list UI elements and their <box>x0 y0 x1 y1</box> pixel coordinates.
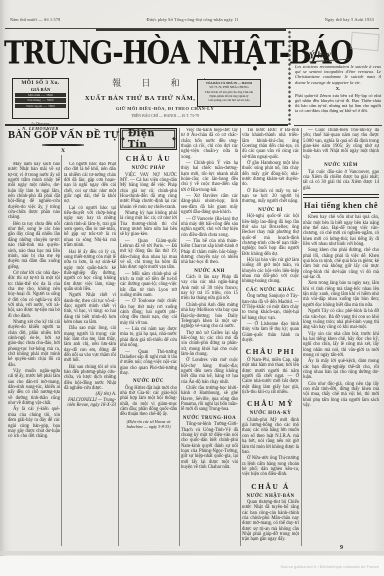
news-column-4: Việc thi-hành hiệp-ước tay tư ở Âu-châu … <box>181 128 238 546</box>
price-year: Một năm ..... 5$00 <box>15 93 66 98</box>
article-column-2: Có người bảo: đạo Phật cho đời là bể khổ… <box>64 162 116 546</box>
lead-article-headline-block: BÀN GÓP VẤN ĐỀ TỰ-TỬ. X <box>8 130 118 154</box>
subsection-china: NƯỚC TRUNG-HOA <box>181 416 238 421</box>
price-per-issue: MỖI SỐ 3 Xu. <box>15 80 66 86</box>
news-item: Ở Bá-linh có mấy vụ tai-nạn xe hơi: 20 n… <box>242 189 299 205</box>
news-column-5: Tin nước Đức: ở Bá-linh vừa khánh-thành … <box>242 128 299 546</box>
news-item: — Chính-phủ Ý vừa hạ thủy hai chiếc tuần… <box>181 161 238 193</box>
dateline-date: Ngày thứ bảy 5 Août 1933 <box>325 17 374 22</box>
scan-footer: Source gallica.bnf.fr / Bibliothèque nat… <box>0 556 384 576</box>
subsection-other-countries: CÁC NƯỚC KHÁC <box>242 288 299 293</box>
article-paragraph: Có người bảo: đạo Phật cho đời là bể khổ… <box>64 162 116 205</box>
feature-top-rule <box>303 194 379 198</box>
lead-article-title: BÀN GÓP VẤN ĐỀ TỰ-TỬ. <box>8 130 118 141</box>
price-box: MỖI SỐ 3 Xu. GIÁ BÁN Một năm ..... 5$00 … <box>12 78 69 119</box>
news-item: — Cuộc chính-biến Thổ-nhĩ-kỳ đã yên; thu… <box>303 128 379 160</box>
newspaper-page: Năm thứ mười — Số 1.578 Được phép Sở Tổn… <box>0 0 384 576</box>
telegram-credit: (Điện-tín các sở Havas và Indochine — ng… <box>120 419 177 429</box>
subsection-siam: NƯỚC XIÊM <box>303 163 379 168</box>
section-heading-africa: CHÂU PHI <box>242 347 299 356</box>
news-item: Tổng-tư-lệnh Tưởng-Giới-Thạch và Uông-Ti… <box>181 422 238 470</box>
article-part-number: X <box>8 148 118 154</box>
article-paragraph: Hai lẽ ấy đều có lý cả, song thiết-tưởng… <box>64 250 116 293</box>
feature-paragraph: Vậy xin các nhà cầm bút, trước khi hạ ha… <box>303 332 379 359</box>
news-item: Nhưng kỳ hạn không phải là cùng một lúc … <box>120 211 177 238</box>
subsection-japan: NƯỚC NHẬT-BẢN <box>242 494 299 499</box>
headline-ornament <box>42 144 84 146</box>
scan-edge-shade <box>0 0 5 556</box>
news-item: — Tầu bể của nhà thám-hiểm Charcot sắp k… <box>181 239 238 266</box>
news-item: — Quan Thủ-tướng Daladier sắp đi nghỉ má… <box>120 350 177 377</box>
article-paragraph: Bài sau chúng tôi sẽ xin bàn đến phương-… <box>64 365 116 392</box>
dateline-issue: Năm thứ mười — Số 1.578 <box>10 17 60 22</box>
subsection-france: NƯỚC PHÁP <box>120 166 177 171</box>
news-item: Hội lại bàn việc rút giờ làm xuống 40 gi… <box>242 258 299 285</box>
news-item: Hội-nghị quốc-tế các hội liên-hiệp lao-đ… <box>242 214 299 257</box>
news-item: — Ở Toulouse một chiếc tầu bay thử máy r… <box>120 299 177 326</box>
epigraph-bottom-rule <box>294 125 382 126</box>
article-paragraph: Dẫu sao mặc lòng, cái mạng người là trọn… <box>64 326 116 363</box>
article-column-1: Mấy năm nay sách báo nước Nhật bàn mãi v… <box>8 162 60 546</box>
article-paragraph: Người Nhật chết vì danh-dự, theo cái tục… <box>64 293 116 325</box>
feature-paragraph: Song khen cho phải đường, chê cho phải l… <box>303 248 379 280</box>
article-signature: (Ký tên) A. FALCIONELLI — Trung-niên Rev… <box>64 392 116 408</box>
news-item: VIỆC VAY NỢ NƯỚC MỸ. — Cả hai viện công-… <box>120 173 177 210</box>
news-item: — Lúa mì năm nay được mùa to, giá hạ quá… <box>120 327 177 348</box>
section-heading-asia: CHÂU Á <box>242 482 299 491</box>
news-item: Ông tướng Sanjurjo ở Tây-ban-nha đã về đ… <box>242 294 299 321</box>
column-rule <box>301 128 302 546</box>
price-half-year: Sáu tháng ..... 3$00 <box>15 98 66 103</box>
news-column-6: — Cuộc chính-biến Thổ-nhĩ-kỳ đã yên; thu… <box>303 128 379 546</box>
news-item: — Ở Varsovie (Ba-lan) thợ nhà máy dệt bã… <box>181 217 238 238</box>
news-item: Việc thi-hành hiệp-ước tay tư ở Âu-châu … <box>181 128 238 160</box>
telegram-box: ◆ Điện Tín ◆ <box>120 128 177 150</box>
news-item: — Ở Lisbonne đạo binh thủy vừa làm lễ th… <box>242 322 299 343</box>
feature-paragraph: Xem trong làng báo ta ngày nay, lắm khi … <box>303 281 379 308</box>
news-item: Thợ mỏ xứ Galles lại sắp bãi-công to; cá… <box>181 331 238 358</box>
article-paragraph: Bên ta tuy chưa đến nỗi như thế, song le… <box>8 222 60 270</box>
feature-paragraph: Ấy là mấy lời quê-kệch, dám mong các bạn… <box>303 359 379 380</box>
news-item: Cách ít lâu nay Pháp đã vay của các nhà … <box>181 275 238 302</box>
office-box: TÒA BÁO VÀ NHÀ IN — HANOI SỐ 73-79, PHỐ … <box>197 79 261 107</box>
scalloped-divider <box>287 30 292 125</box>
diamond-ornament-icon: ◆ <box>121 136 125 142</box>
article-paragraph: Cứ như lời các nhà đạo-đức thì sự tự-tử … <box>8 271 60 319</box>
article-paragraph: Vậy muốn ngăn-ngừa cái tệ ấy, trước hết … <box>8 369 60 406</box>
subsection-belgium: NƯỚC BỈ <box>242 208 299 213</box>
section-heading-america: CHÂU MỸ <box>242 399 299 408</box>
telegram-box-title: Điện Tín <box>128 128 169 150</box>
news-item: Tin nước Đức: ở Bá-linh vừa khánh-thành … <box>242 128 299 160</box>
section-heading-europe: CHÂU ÂU <box>120 154 177 163</box>
feature-paragraph: Còn như độc-giả, cũng nên tập lấy con mắ… <box>303 382 379 409</box>
epigraph-vietnamese: Phái quân-tử Zénon xưa bên xứ Hy-lạp có … <box>295 93 381 114</box>
price-foreign: Nước ngoài ..... 7$00 <box>15 104 66 109</box>
news-item: Ở gần Hambourg một kho thuốc súng phát n… <box>242 161 299 188</box>
news-item: — Quan Giám-quốc Lebrun đã về tới Paris.… <box>120 239 177 271</box>
subsection-germany: NƯỚC ĐỨC <box>120 379 177 384</box>
column-rule <box>61 155 62 546</box>
library-stamp <box>350 32 379 51</box>
article-paragraph: Nhưng xét cho kỹ thì cái duyên-do khiến … <box>8 320 60 368</box>
office-line: Giá quảng-cáo xin hỏi tại tòa báo <box>199 98 259 102</box>
masthead-address-line: TRÊN BÁO CHÍ — HANOI — Đ.T. 73-79 <box>70 114 260 118</box>
news-item: Chiếc tầu trường-học khởi-hành ở Hambour… <box>181 386 238 413</box>
column-rule <box>118 128 119 546</box>
telegram-column: ◆ Điện Tín ◆ CHÂU ÂU NƯỚC PHÁP VIỆC VAY … <box>120 128 177 546</box>
news-item: Quan thượng-thư bộ Chiến nước Nhật đã tu… <box>242 500 299 543</box>
news-item: Chính-phủ Mỹ mới định giá lương-bổng cho… <box>242 418 299 455</box>
feature-title: Hai tiếng khen chê <box>303 201 379 210</box>
subsection-england: NƯỚC ANH <box>181 269 238 274</box>
masthead-bottom-rule <box>5 124 288 126</box>
diamond-ornament-icon: ◆ <box>172 136 176 142</box>
news-item: Tại cuộc đấu-xảo ở Vancouver, gạo của Xi… <box>303 170 379 191</box>
news-item: Chính-phủ Anh điện mừng nhà bay Mollison… <box>181 303 238 330</box>
article-paragraph: Ấy là cái ý-kiến quê-mùa của chúng tôi, … <box>8 407 60 439</box>
news-item: — Mỗi năm chính-phủ sẽ trích ra một số t… <box>120 272 177 299</box>
dateline: Năm thứ mười — Số 1.578 Được phép Sở Tổn… <box>10 17 374 22</box>
price-box-label: GIÁ BÁN <box>15 87 66 92</box>
scan-band <box>0 551 384 555</box>
epigraph-signature: X. <box>295 86 381 91</box>
article-paragraph: Lại có người bảo: tại tiểu-thuyết với ch… <box>64 206 116 249</box>
feature-title-rule <box>311 212 371 213</box>
news-item: Ở Nam-Phi, miền Cap, sập một nhà hầm mỏ … <box>242 358 299 395</box>
dateline-rule-heavy <box>96 29 286 31</box>
epigraph-heading: Ý-hay <box>309 48 350 63</box>
news-item: Ở Londres vừa mở cuộc hội-chợ hàng thuộc… <box>181 358 238 385</box>
column-rule <box>179 128 180 546</box>
dateline-center: Được phép Sở Tổng-công-thự công-nhận ngà… <box>146 17 238 22</box>
article-paragraph: Mấy năm nay sách báo nước Nhật bàn mãi v… <box>8 162 60 221</box>
news-item: Ông Hitler đặt luật mới cho nhà thờ Gia-… <box>120 386 177 418</box>
masthead-title: TRUNG-HÒA NHẬT-BÁO <box>4 35 288 72</box>
news-item: — Xứ Bavière cấm các đảng-phái nhóm-họp;… <box>181 194 238 215</box>
epigraph-french: Les stoïciens recommandaient le suicide … <box>295 64 381 85</box>
column-rule <box>240 128 241 546</box>
epigraph-column: Ý-hay Les stoïciens recommandaient le su… <box>295 31 381 114</box>
feature-paragraph: Khen hay chê vốn như hai quả cân, nhắc m… <box>303 215 379 247</box>
news-item: Ở Nữu-ước ông Thị-trưởng ra lệnh cấm hàn… <box>242 456 299 477</box>
feature-paragraph: Người Tây có câu: phê-bình là bà đỡ của … <box>303 309 379 330</box>
gallica-watermark: Source gallica.bnf.fr / Bibliothèque nat… <box>280 565 379 569</box>
subsection-usa: NƯỚC HOA-KỲ <box>242 411 299 416</box>
